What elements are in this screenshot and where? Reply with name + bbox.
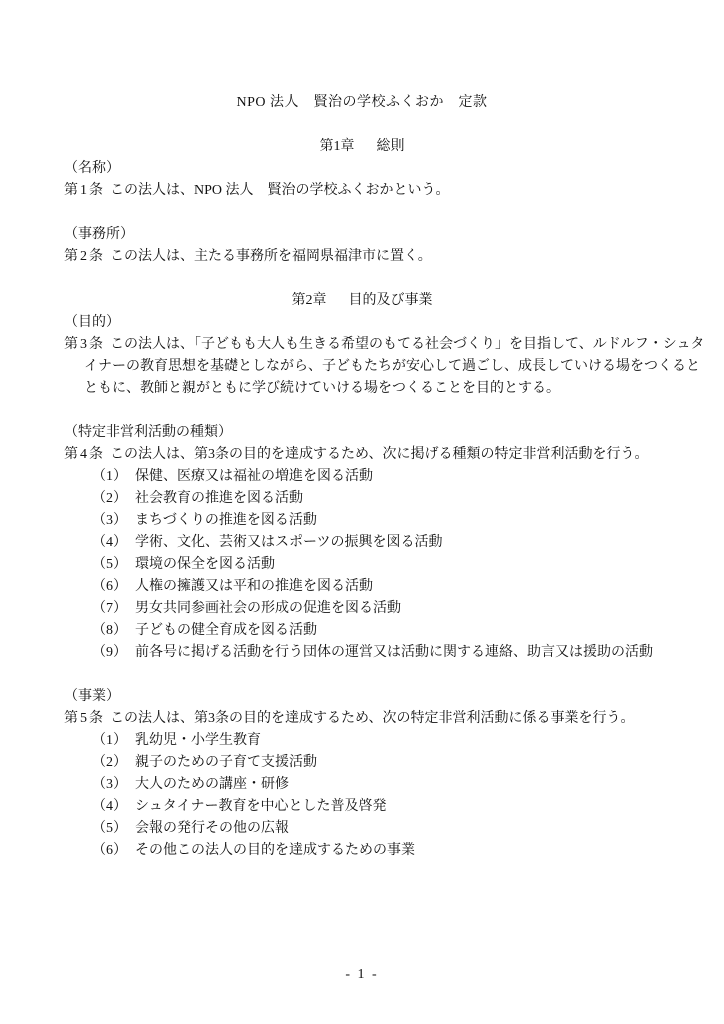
business-item-6-text: その他この法人の目的を達成するための事業 (135, 840, 415, 862)
activity-item-5-text: 環境の保全を図る活動 (135, 554, 275, 576)
chapter-2-heading: 第2章目的及び事業 (64, 290, 660, 312)
business-item-4-text: シュタイナー教育を中心とした普及啓発 (135, 796, 386, 818)
chapter-2-number: 第2章 (292, 293, 327, 308)
article-4: 第4条この法人は、第3条の目的を達成するため、次に掲げる種類の特定非営利活動を行… (64, 444, 660, 466)
business-item-6: （6）その他この法人の目的を達成するための事業 (64, 840, 660, 862)
article-3-text-line-3: ともに、教師と親がともに学び続けていける場をつくることを目的とする。 (64, 378, 660, 400)
activity-item-8-number: （8） (92, 620, 125, 642)
business-item-6-number: （6） (92, 840, 125, 862)
article-5-number: 第5条 (64, 708, 110, 730)
activity-item-7-number: （7） (92, 598, 125, 620)
article-1: 第1条この法人は、NPO 法人 賢治の学校ふくおかという。 (64, 180, 660, 202)
activity-item-1-number: （1） (92, 466, 125, 488)
article-4-text: この法人は、第3条の目的を達成するため、次に掲げる種類の特定非営利活動を行う。 (110, 444, 648, 466)
activity-item-3: （3）まちづくりの推進を図る活動 (64, 510, 660, 532)
business-item-5-number: （5） (92, 818, 125, 840)
chapter-1-title: 総則 (377, 139, 405, 154)
article-2-number: 第2条 (64, 246, 110, 268)
article-5-text: この法人は、第3条の目的を達成するため、次の特定非営利活動に係る事業を行う。 (110, 708, 634, 730)
article-2-text: この法人は、主たる事務所を福岡県福津市に置く。 (110, 246, 432, 268)
article-5: 第5条この法人は、第3条の目的を達成するため、次の特定非営利活動に係る事業を行う… (64, 708, 660, 730)
blank-line (64, 400, 660, 422)
section-label-business: （事業） (64, 686, 660, 708)
activity-item-5: （5）環境の保全を図る活動 (64, 554, 660, 576)
business-item-4: （4）シュタイナー教育を中心とした普及啓発 (64, 796, 660, 818)
article-3-number: 第3条 (64, 334, 110, 356)
article-1-number: 第1条 (64, 180, 110, 202)
activity-item-6-number: （6） (92, 576, 125, 598)
activity-item-6-text: 人権の擁護又は平和の推進を図る活動 (135, 576, 373, 598)
activity-item-2: （2）社会教育の推進を図る活動 (64, 488, 660, 510)
blank-line (64, 202, 660, 224)
activity-item-7-text: 男女共同参画社会の形成の促進を図る活動 (135, 598, 401, 620)
article-3-text-line-2: イナーの教育思想を基礎としながら、子どもたちが安心して過ごし、成長していける場を… (64, 356, 660, 378)
activity-item-9-number: （9） (92, 642, 125, 664)
blank-line (64, 114, 660, 136)
business-item-2-number: （2） (92, 752, 125, 774)
activity-item-2-number: （2） (92, 488, 125, 510)
chapter-1-heading: 第1章総則 (64, 136, 660, 158)
activity-item-8-text: 子どもの健全育成を図る活動 (135, 620, 317, 642)
business-item-1: （1）乳幼児・小学生教育 (64, 730, 660, 752)
business-item-3-text: 大人のための講座・研修 (135, 774, 289, 796)
business-item-5: （5）会報の発行その他の広報 (64, 818, 660, 840)
business-item-1-text: 乳幼児・小学生教育 (135, 730, 261, 752)
blank-line (64, 268, 660, 290)
section-label-office: （事務所） (64, 224, 660, 246)
document-content: NPO 法人 賢治の学校ふくおか 定款 第1章総則 （名称） 第1条この法人は、… (64, 92, 660, 862)
article-2: 第2条この法人は、主たる事務所を福岡県福津市に置く。 (64, 246, 660, 268)
business-item-5-text: 会報の発行その他の広報 (135, 818, 289, 840)
activity-item-3-text: まちづくりの推進を図る活動 (135, 510, 317, 532)
article-3-text-line-1: この法人は、「子どもも大人も生きる希望のもてる社会づくり」を目指して、ルドルフ・… (110, 334, 704, 356)
activity-item-2-text: 社会教育の推進を図る活動 (135, 488, 303, 510)
activity-item-9: （9）前各号に掲げる活動を行う団体の運営又は活動に関する連絡、助言又は援助の活動 (64, 642, 660, 664)
page-number: - 1 - (0, 964, 724, 986)
activity-item-4-number: （4） (92, 532, 125, 554)
activity-item-6: （6）人権の擁護又は平和の推進を図る活動 (64, 576, 660, 598)
chapter-2-title: 目的及び事業 (349, 293, 433, 308)
blank-line (64, 664, 660, 686)
business-item-2: （2）親子のための子育て支援活動 (64, 752, 660, 774)
activity-item-5-number: （5） (92, 554, 125, 576)
activity-item-4-text: 学術、文化、芸術又はスポーツの振興を図る活動 (135, 532, 442, 554)
article-4-number: 第4条 (64, 444, 110, 466)
business-item-4-number: （4） (92, 796, 125, 818)
business-item-2-text: 親子のための子育て支援活動 (135, 752, 317, 774)
activity-item-3-number: （3） (92, 510, 125, 532)
section-label-purpose: （目的） (64, 312, 660, 334)
business-item-3: （3）大人のための講座・研修 (64, 774, 660, 796)
business-item-1-number: （1） (92, 730, 125, 752)
section-label-activities: （特定非営利活動の種類） (64, 422, 660, 444)
article-3: 第3条この法人は、「子どもも大人も生きる希望のもてる社会づくり」を目指して、ルド… (64, 334, 660, 356)
chapter-1-number: 第1章 (320, 139, 355, 154)
article-1-text: この法人は、NPO 法人 賢治の学校ふくおかという。 (110, 180, 450, 202)
section-label-name: （名称） (64, 158, 660, 180)
business-item-3-number: （3） (92, 774, 125, 796)
document-title: NPO 法人 賢治の学校ふくおか 定款 (64, 92, 660, 114)
activity-item-8: （8）子どもの健全育成を図る活動 (64, 620, 660, 642)
document-page: NPO 法人 賢治の学校ふくおか 定款 第1章総則 （名称） 第1条この法人は、… (0, 0, 724, 1024)
activity-item-1-text: 保健、医療又は福祉の増進を図る活動 (135, 466, 373, 488)
activity-item-7: （7）男女共同参画社会の形成の促進を図る活動 (64, 598, 660, 620)
activity-item-9-text: 前各号に掲げる活動を行う団体の運営又は活動に関する連絡、助言又は援助の活動 (135, 642, 653, 664)
activity-item-4: （4）学術、文化、芸術又はスポーツの振興を図る活動 (64, 532, 660, 554)
activity-item-1: （1）保健、医療又は福祉の増進を図る活動 (64, 466, 660, 488)
